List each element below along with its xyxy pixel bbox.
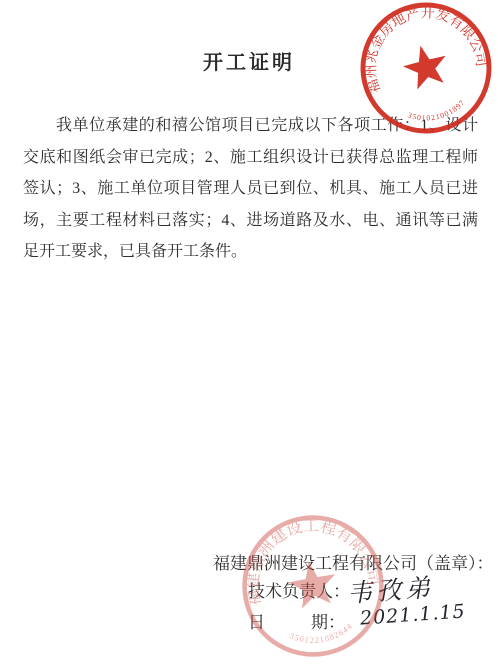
developer-seal-stamp: 福州兆金房地产开发有限公司 3501021001897 bbox=[356, 0, 496, 138]
star-icon bbox=[285, 557, 340, 610]
body-line: 场，主要工程材料已落实；4、进场道路及水、电、通讯等已满 bbox=[23, 205, 478, 237]
star-icon bbox=[399, 40, 452, 91]
body-line: 交底和图纸会审已完成；2、施工组织设计已获得总监理工程师 bbox=[23, 142, 478, 174]
body-line: 签认；3、施工单位项目管理人员已到位、机具、施工人员已进 bbox=[23, 173, 478, 205]
body-line: 足开工要求，已具备开工条件。 bbox=[23, 236, 478, 268]
certificate-page: 开工证明 我单位承建的和禧公馆项目已完成以下各项工作：1、设计 交底和图纸会审已… bbox=[0, 0, 498, 667]
contractor-seal-stamp: 福建鼎洲建设工程有限公司 3501221082644 bbox=[237, 510, 389, 662]
